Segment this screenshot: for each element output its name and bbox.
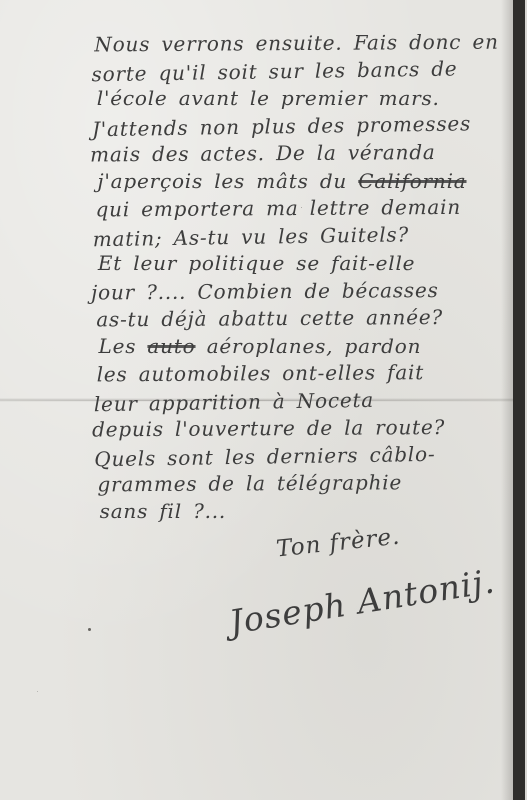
- letter-line: grammes de la télégraphie: [97, 469, 505, 499]
- letter-line: l'école avant le premier mars.: [97, 85, 505, 113]
- letter-line: as-tu déjà abattu cette année?: [96, 304, 504, 334]
- paper-speck: [88, 628, 91, 631]
- letter-line: qui emportera ma lettre demain: [95, 194, 503, 224]
- struck-word: auto: [147, 333, 195, 357]
- letter-line: Quels sont les derniers câblo-: [94, 439, 502, 473]
- letter-line: sorte qu'il soit sur les bancs de: [91, 54, 499, 88]
- letter-closing: Ton frère.: [275, 524, 402, 563]
- letter-line: j'aperçois les mâts du California: [97, 167, 505, 195]
- letter-line: mais des actes. De la véranda: [90, 139, 498, 169]
- scan-backing-strip: [513, 0, 525, 800]
- letter-signature: Joseph Antonij.: [227, 561, 498, 641]
- letter-line: depuis l'ouverture de la route?: [92, 414, 500, 444]
- letter-body: Nous verrons ensuite. Fais donc ensorte …: [94, 29, 505, 527]
- letter-line: matin; As-tu vu les Guitels?: [93, 219, 501, 253]
- letter-line: Nous verrons ensuite. Fais donc en: [94, 29, 502, 59]
- struck-word: California: [358, 168, 466, 192]
- letter-line: Et leur politique se fait-elle: [98, 250, 506, 277]
- letter-scan-page: Nous verrons ensuite. Fais donc ensorte …: [0, 0, 527, 800]
- paper-edge-shadow: [501, 0, 513, 800]
- letter-line: Les auto aéroplanes, pardon: [98, 332, 506, 360]
- letter-line: sans fil ?...: [100, 497, 508, 525]
- letter-line: jour ?.... Combien de bécasses: [91, 276, 499, 306]
- letter-line: les automobiles ont-elles fait: [97, 359, 505, 389]
